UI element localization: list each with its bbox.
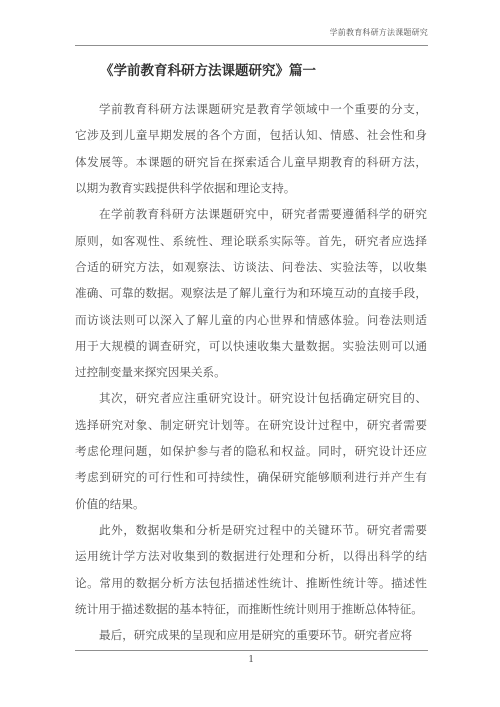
page-number: 1 [75,653,427,667]
footer-divider [75,650,428,651]
body-line: 体发展等。本课题的研究旨在探索适合儿童早期教育的科研方法， [75,150,427,176]
body-line: 它涉及到儿童早期发展的各个方面，包括认知、情感、社会性和身 [75,123,427,149]
body-line: 论。常用的数据分析方法包括描述性统计、推断性统计等。描述性 [75,571,427,597]
body-line: 其次，研究者应注重研究设计。研究设计包括确定研究目的、 [75,386,427,412]
body-line: 合适的研究方法，如观察法、访谈法、问卷法、实验法等，以收集 [75,255,427,281]
body-line: 考虑伦理问题，如保护参与者的隐私和权益。同时，研究设计还应 [75,439,427,465]
body-line: 用于大规模的调查研究，可以快速收集大量数据。实验法则可以通 [75,334,427,360]
body-line: 此外，数据收集和分析是研究过程中的关键环节。研究者需要 [75,518,427,544]
document-page: 学前教育科研方法课题研究 《学前教育科研方法课题研究》篇一 学前教育科研方法课题… [0,0,500,707]
body-line: 价值的结果。 [75,492,427,518]
body-line: 考虑到研究的可行性和可持续性，确保研究能够顺利进行并产生有 [75,465,427,491]
document-title: 《学前教育科研方法课题研究》篇一 [75,60,427,82]
body-line: 原则，如客观性、系统性、理论联系实际等。首先，研究者应选择 [75,229,427,255]
body-line: 而访谈法则可以深入了解儿童的内心世界和情感体验。问卷法则适 [75,308,427,334]
body-line: 统计用于描述数据的基本特征，而推断性统计则用于推断总体特征。 [75,597,427,623]
body-line: 运用统计学方法对收集到的数据进行处理和分析，以得出科学的结 [75,544,427,570]
body-line: 最后，研究成果的呈现和应用是研究的重要环节。研究者应将 [75,623,427,649]
body-line: 选择研究对象、制定研究计划等。在研究设计过程中，研究者需要 [75,413,427,439]
document-body: 学前教育科研方法课题研究是教育学领域中一个重要的分支， 它涉及到儿童早期发展的各… [75,97,427,650]
body-line: 在学前教育科研方法课题研究中，研究者需要遵循科学的研究 [75,202,427,228]
body-line: 以期为教育实践提供科学依据和理论支持。 [75,176,427,202]
body-line: 学前教育科研方法课题研究是教育学领域中一个重要的分支， [75,97,427,123]
body-line: 准确、可靠的数据。观察法是了解儿童行为和环境互动的直接手段， [75,281,427,307]
header-running-title: 学前教育科研方法课题研究 [330,27,428,39]
header-divider [75,45,428,46]
body-line: 过控制变量来探究因果关系。 [75,360,427,386]
